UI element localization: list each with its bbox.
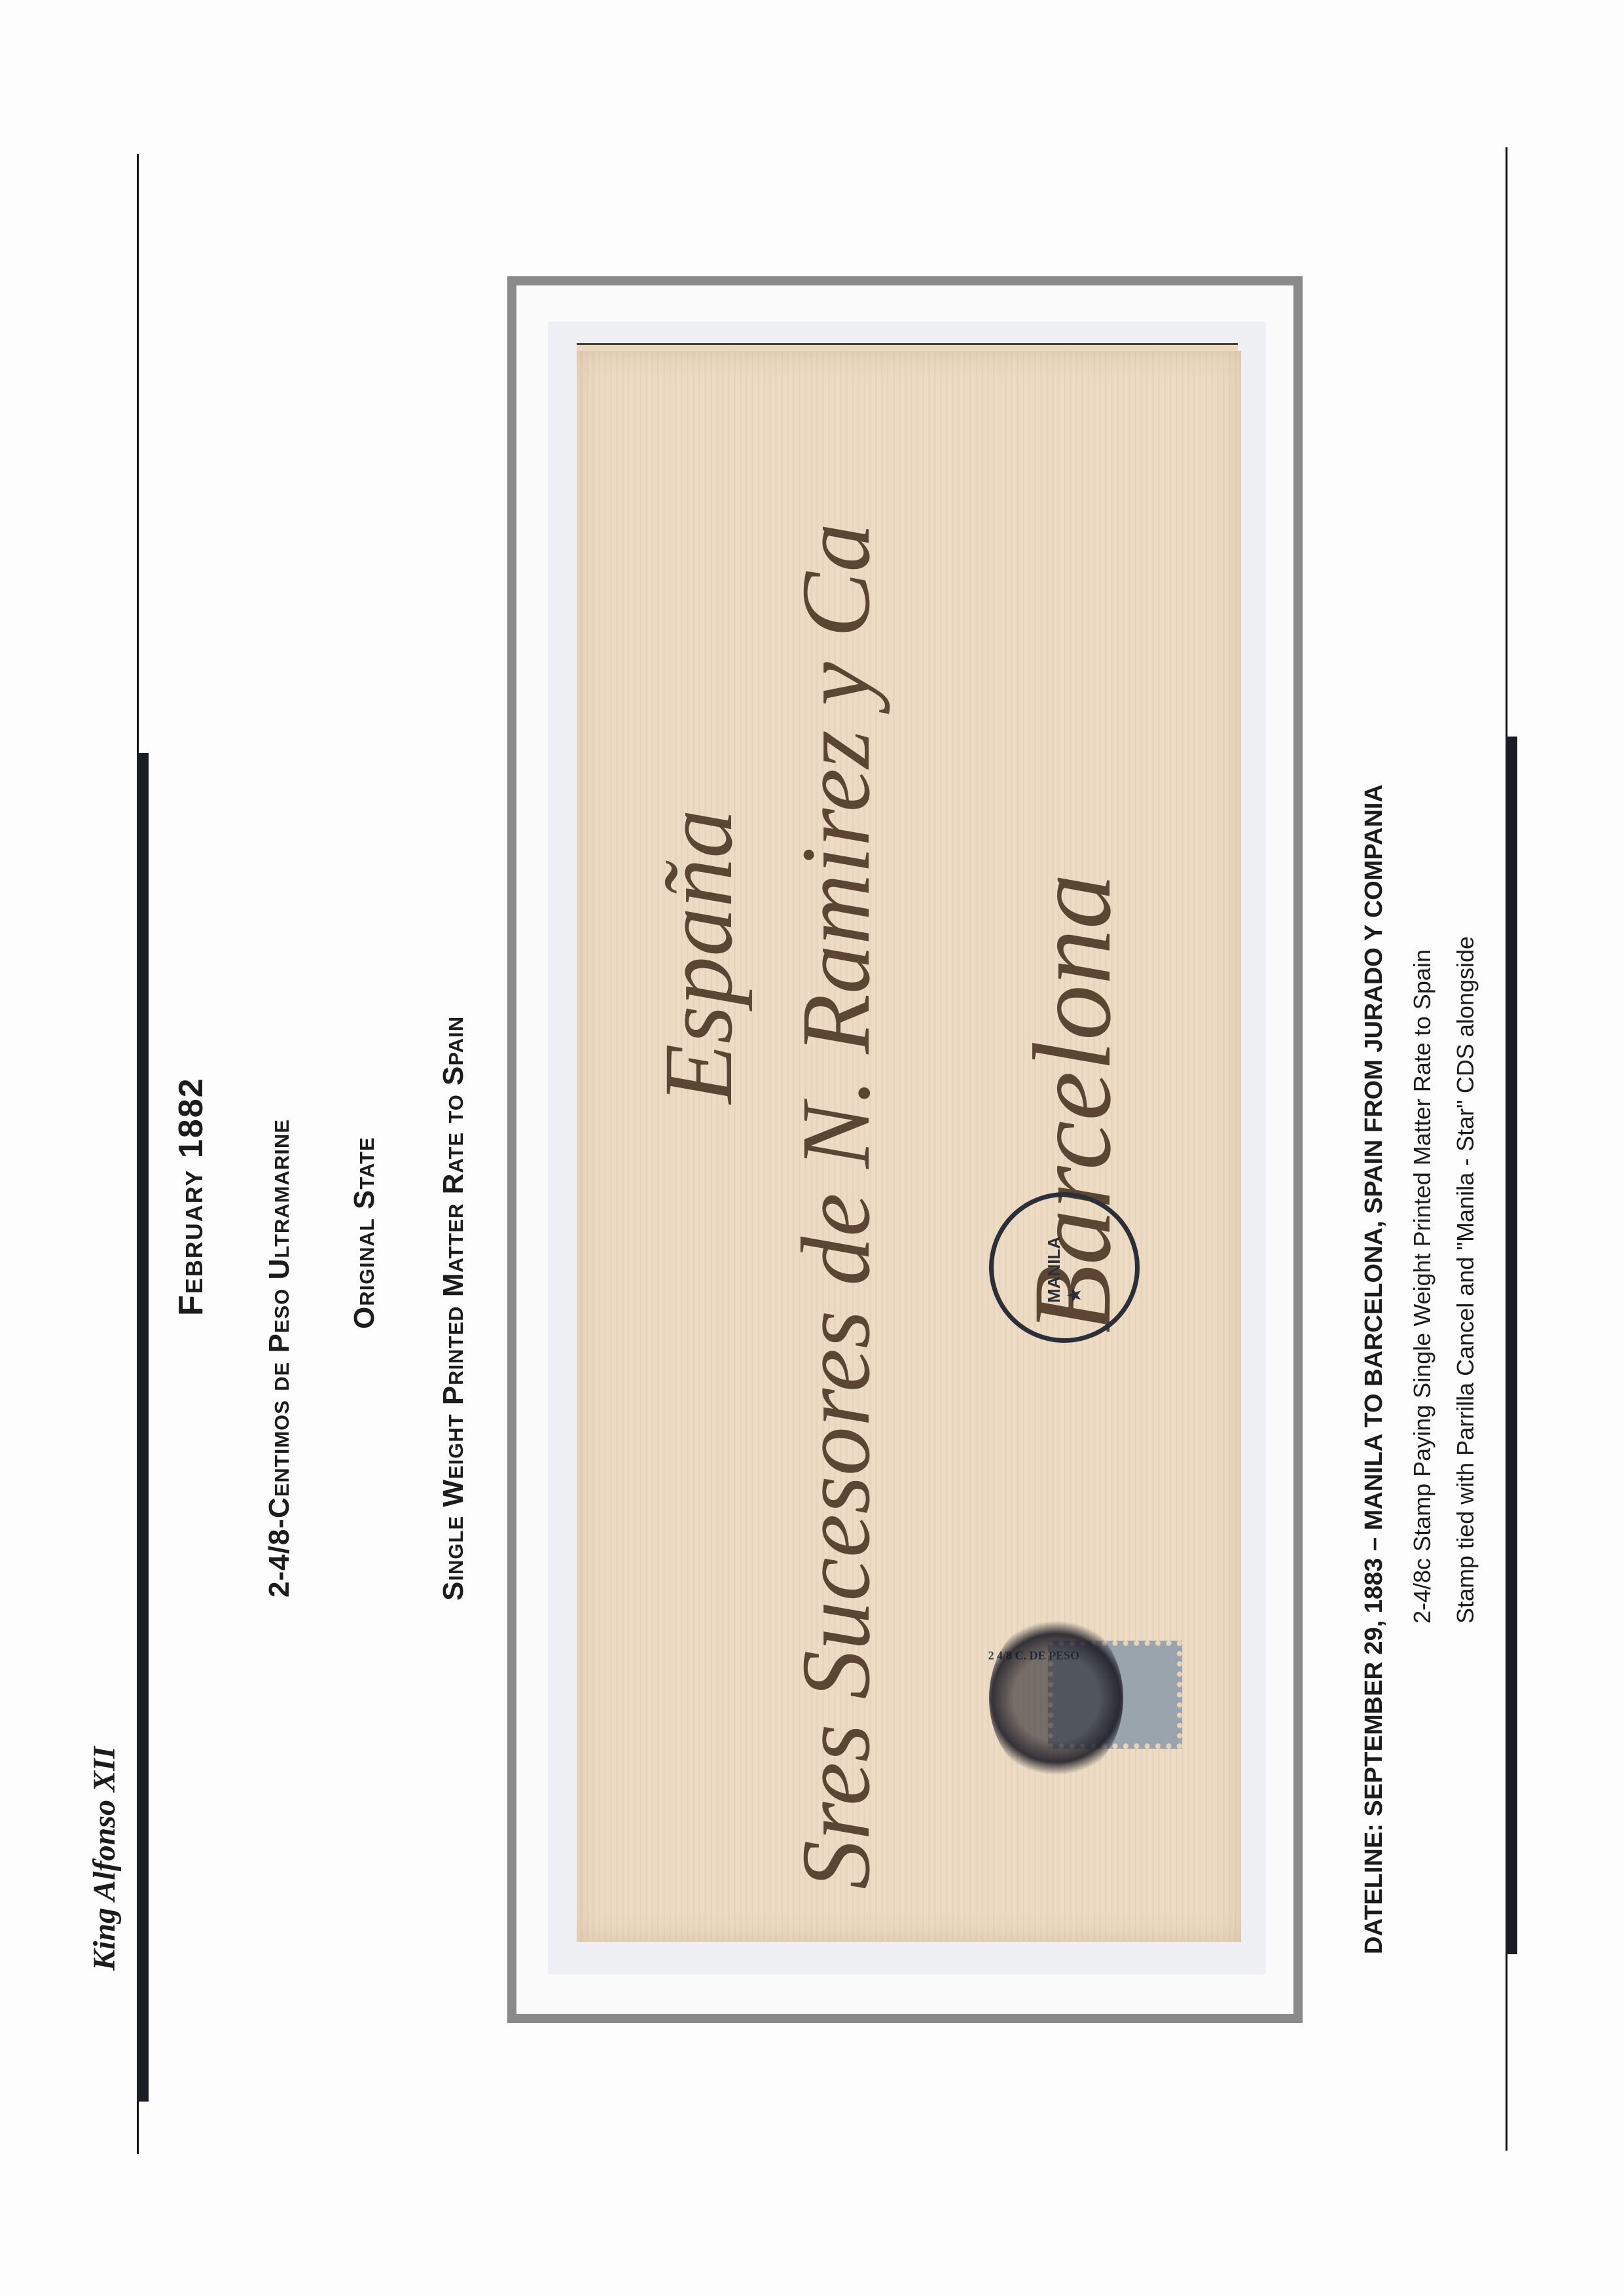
page-title: February 1882 <box>171 1077 211 1316</box>
stamp-subtitle: 2-4/8-Centimos de Peso Ultramarine <box>263 1119 296 1597</box>
frame-mat: Sres Sucesores de N. Ramirez y Ca España… <box>516 285 1293 2014</box>
cover-frame: Sres Sucesores de N. Ramirez y Ca España… <box>507 276 1303 2023</box>
envelope-cover: Sres Sucesores de N. Ramirez y Ca España… <box>577 351 1241 1942</box>
state-label: Original State <box>348 1137 381 1329</box>
left-rule-thick <box>137 753 149 2102</box>
address-line-2: España <box>642 809 755 1104</box>
caption-line-2: Stamp tied with Parrilla Cancel and "Man… <box>1452 936 1479 1624</box>
parrilla-cancel <box>989 1614 1123 1781</box>
right-rule-thick <box>1506 737 1517 1954</box>
rate-label: Single Weight Printed Matter Rate to Spa… <box>437 1016 470 1601</box>
cds-text: MANILA ★ <box>1044 1232 1085 1303</box>
dateline-caption: DATELINE: SEPTEMBER 29, 1883 – MANILA TO… <box>1360 784 1388 1954</box>
address-line-1: Sres Sucesores de N. Ramirez y Ca <box>780 523 892 1889</box>
section-label: King Alfonso XII <box>86 1747 122 1971</box>
manila-star-cds-postmark: MANILA ★ <box>989 1192 1140 1343</box>
caption-line-1: 2-4/8c Stamp Paying Single Weight Printe… <box>1409 949 1436 1624</box>
